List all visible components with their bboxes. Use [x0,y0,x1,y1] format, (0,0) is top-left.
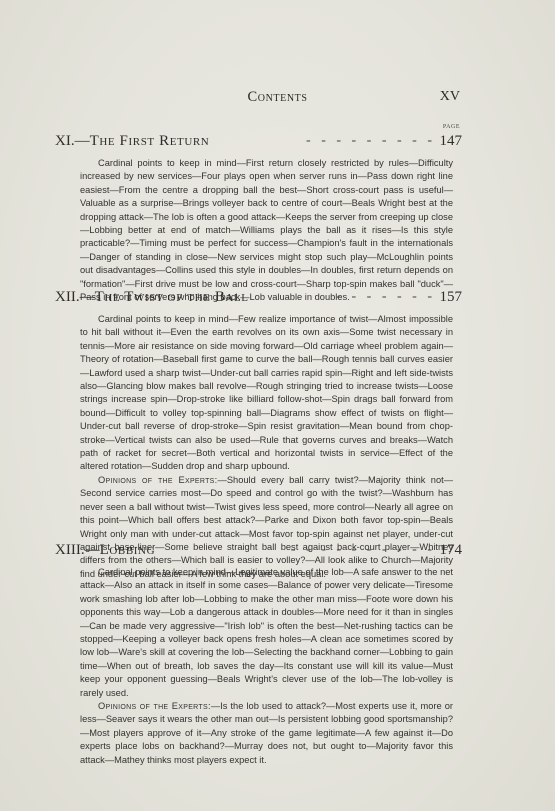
chapter-title: Lobbing [100,542,156,558]
summary-text: Cardinal points to keep in mind—Few real… [80,314,453,471]
folio-page-number: XV [440,89,460,105]
chapter-title: The First Return [90,133,210,149]
summary-paragraph: Cardinal points to keep in mind—First re… [80,157,453,304]
chapter-number: XII. [55,289,80,305]
experts-lead: Opinions of the Experts: [98,701,211,711]
em-dash: — [75,133,90,149]
dot-leaders: - - - - - - - - - - [291,542,432,558]
chapter-summary: Cardinal points to keep in mind—Legitima… [80,566,453,767]
summary-text: Cardinal points to keep in mind—Legitima… [80,567,453,698]
chapter-page-number: 147 [440,133,463,150]
experts-paragraph: Opinions of the Experts:—Is the lob used… [80,700,453,767]
chapter-summary: Cardinal points to keep in mind—Few real… [80,313,453,581]
chapter-number: XI. [55,133,75,149]
chapter-heading: XII.—The Twist of the Ball - - - - - - -… [55,289,460,309]
chapter-xii: XII.—The Twist of the Ball - - - - - - -… [55,289,460,581]
chapter-heading: XIII.—Lobbing - - - - - - - - - - 174 [55,542,460,562]
em-dash: — [85,542,100,558]
em-dash: — [80,289,95,305]
chapter-page-number: 157 [440,289,463,306]
chapter-heading: XI.—The First Return - - - - - - - - - 1… [55,133,460,153]
chapter-xi: XI.—The First Return - - - - - - - - - 1… [55,133,460,304]
page-column-label: PAGE [443,124,460,130]
chapter-xiii: XIII.—Lobbing - - - - - - - - - - 174 Ca… [55,542,460,767]
chapter-number: XIII. [55,542,85,558]
dot-leaders: - - - - - - - [336,289,432,305]
chapter-page-number: 174 [440,542,463,559]
chapter-title: The Twist of the Ball [95,289,249,305]
chapter-summary: Cardinal points to keep in mind—First re… [80,157,453,304]
summary-paragraph: Cardinal points to keep in mind—Legitima… [80,566,453,700]
running-head: Contents XV [0,89,555,109]
dot-leaders: - - - - - - - - - [306,133,432,149]
summary-paragraph: Cardinal points to keep in mind—Few real… [80,313,453,474]
summary-text: Cardinal points to keep in mind—First re… [80,158,453,302]
running-title: Contents [0,89,555,106]
experts-lead: Opinions of the Experts: [98,475,218,485]
